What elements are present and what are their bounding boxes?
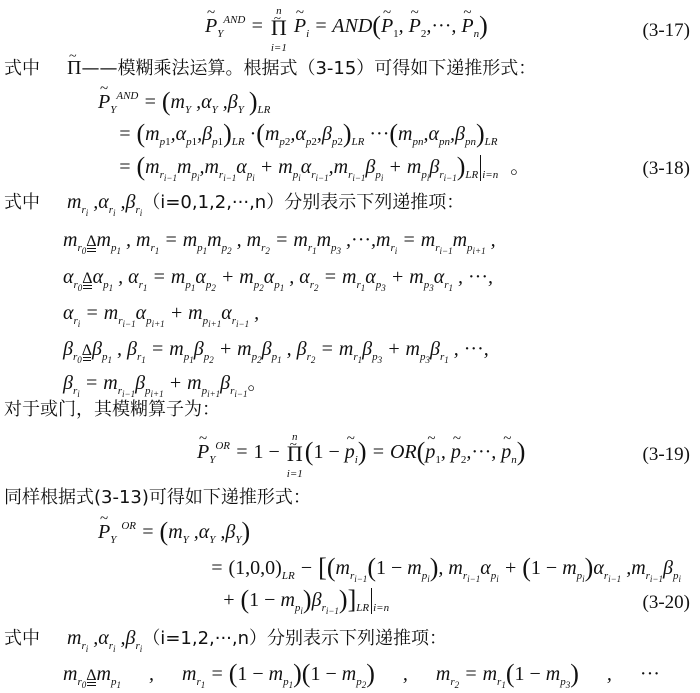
equation-3-20-line-2: = (1,0,0)LR − [(mri−1(1 − mpi), mri−1αpi… (210, 556, 681, 580)
or-recursion-intro: 同样根据式(3-13)可得如下递推形式： (4, 486, 311, 510)
or-gate-intro: 对于或门，其模糊算子为： (4, 398, 220, 422)
fuzzy-product-symbol: Π~ (67, 57, 81, 79)
equation-3-20-line-1: PY OR = (mY ,αY ,βY) (98, 520, 250, 544)
recursion-description-or: 式中 mri ,αri ,βri（i=1,2,···,n）分别表示下列递推项： (4, 626, 447, 651)
equation-number: (3-17) (643, 20, 690, 42)
recursion-beta-line-2: βri = mri−1βpi+1 + mpi+1βri−1。 (63, 371, 267, 395)
equation-3-20-line-3: + (1 − mpi)βri−1)]LRi=n (222, 588, 389, 614)
recursion-description-and: 式中 mri ,αri ,βri（i=0,1,2,···,n）分别表示下列递推项… (4, 190, 464, 215)
equation-3-18-line-1: PYAND = (mY ,αY ,βY )LR (98, 90, 270, 114)
equation-number: (3-18) (643, 158, 690, 180)
recursion-or-m-line: mr0Δmp1,mr1 = (1 − mp1)(1 − mp2),mr2 = m… (63, 662, 660, 688)
equation-number: (3-19) (643, 444, 690, 466)
equation-3-18-line-3: = (mri−1mpi,mri−1αpi + mpiαri−1,mri−1βpi… (118, 155, 530, 181)
recursion-beta-line-1: βr0Δβp1 , βr1 = mp1βp2 + mp2βp1 , βr2 = … (63, 337, 489, 363)
recursion-alpha-line-1: αr0Δαp1 , αr1 = mp1αp2 + mp2αp1 , αr2 = … (63, 265, 493, 291)
where-label: 式中 (4, 58, 40, 79)
fuzzy-product-description: 式中 Π~——模糊乘法运算。根据式（3-15）可得如下递推形式： (4, 56, 536, 81)
recursion-m-line: mr0Δmp1 , mr1 = mp1mp2 , mr2 = mr1mp3 ,·… (63, 228, 496, 254)
equation-3-18-line-2: = (mp1,αp1,βp1)LR ·(mp2,αp2,βp2)LR ···(m… (118, 122, 497, 146)
equation-number: (3-20) (643, 592, 690, 614)
equation-3-19: PYOR = 1 − nΠi=1(1 − pi) = OR(p1, p2,···… (197, 440, 525, 467)
equation-3-17: PYAND = nΠi=1 Pi = AND(P1, P2,···, Pn) (205, 14, 488, 41)
recursion-alpha-line-2: αri = mri−1αpi+1 + mpi+1αri−1 , (63, 301, 259, 325)
